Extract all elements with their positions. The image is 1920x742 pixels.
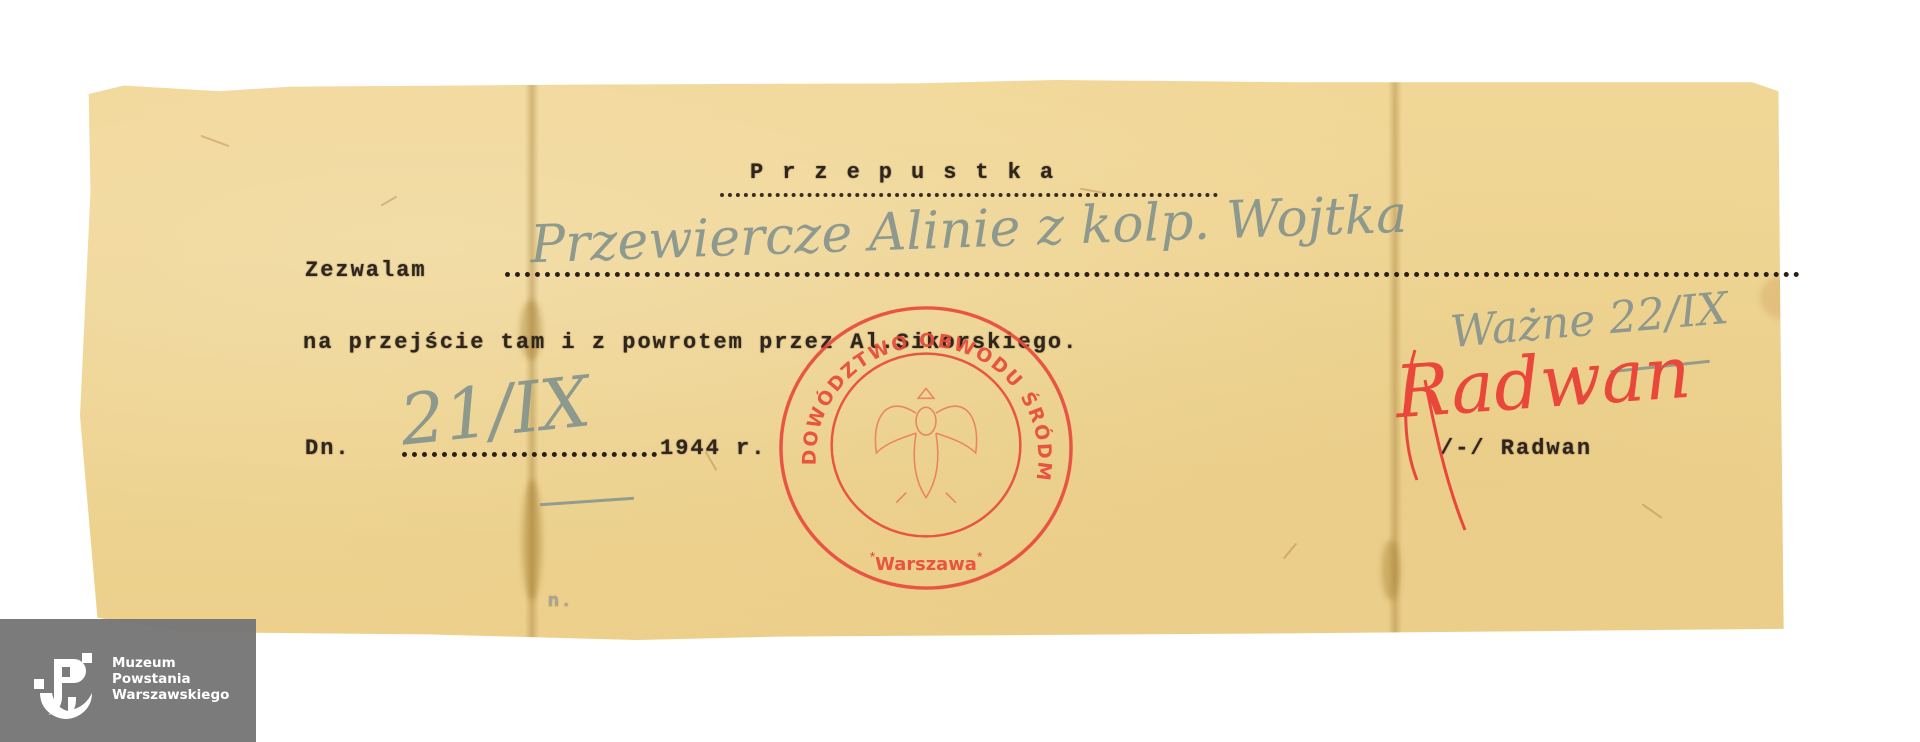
svg-text:DOWÓDZTWO OBWODU ŚRÓDMIEŚCIE A: DOWÓDZTWO OBWODU ŚRÓDMIEŚCIE A.K. xyxy=(777,303,1056,484)
date-year: 1944 r. xyxy=(660,436,766,461)
museum-name: Muzeum Powstania Warszawskiego xyxy=(112,655,229,703)
margin-note: n. xyxy=(548,592,574,612)
document-title: Przepustka xyxy=(750,160,1072,185)
eagle-emblem-icon xyxy=(875,388,976,502)
permit-label: Zezwalam xyxy=(305,258,427,283)
signature-descender xyxy=(1395,340,1475,540)
date-label: Dn. xyxy=(305,436,351,461)
museum-name-line3: Warszawskiego xyxy=(112,687,229,703)
svg-text:*: * xyxy=(976,551,984,567)
stain xyxy=(522,480,542,600)
stamp-city: Warszawa xyxy=(875,554,977,575)
kotwica-anchor-icon xyxy=(34,653,98,721)
fill-in-dots xyxy=(505,272,1800,277)
stain xyxy=(1382,540,1400,600)
museum-name-line2: Powstania xyxy=(112,671,229,687)
official-stamp: DOWÓDZTWO OBWODU ŚRÓDMIEŚCIE A.K. Warsza… xyxy=(777,303,1075,593)
svg-text:*: * xyxy=(868,551,876,567)
stain xyxy=(1760,275,1810,320)
museum-watermark: Muzeum Powstania Warszawskiego xyxy=(0,619,256,742)
museum-name-line1: Muzeum xyxy=(112,655,229,671)
